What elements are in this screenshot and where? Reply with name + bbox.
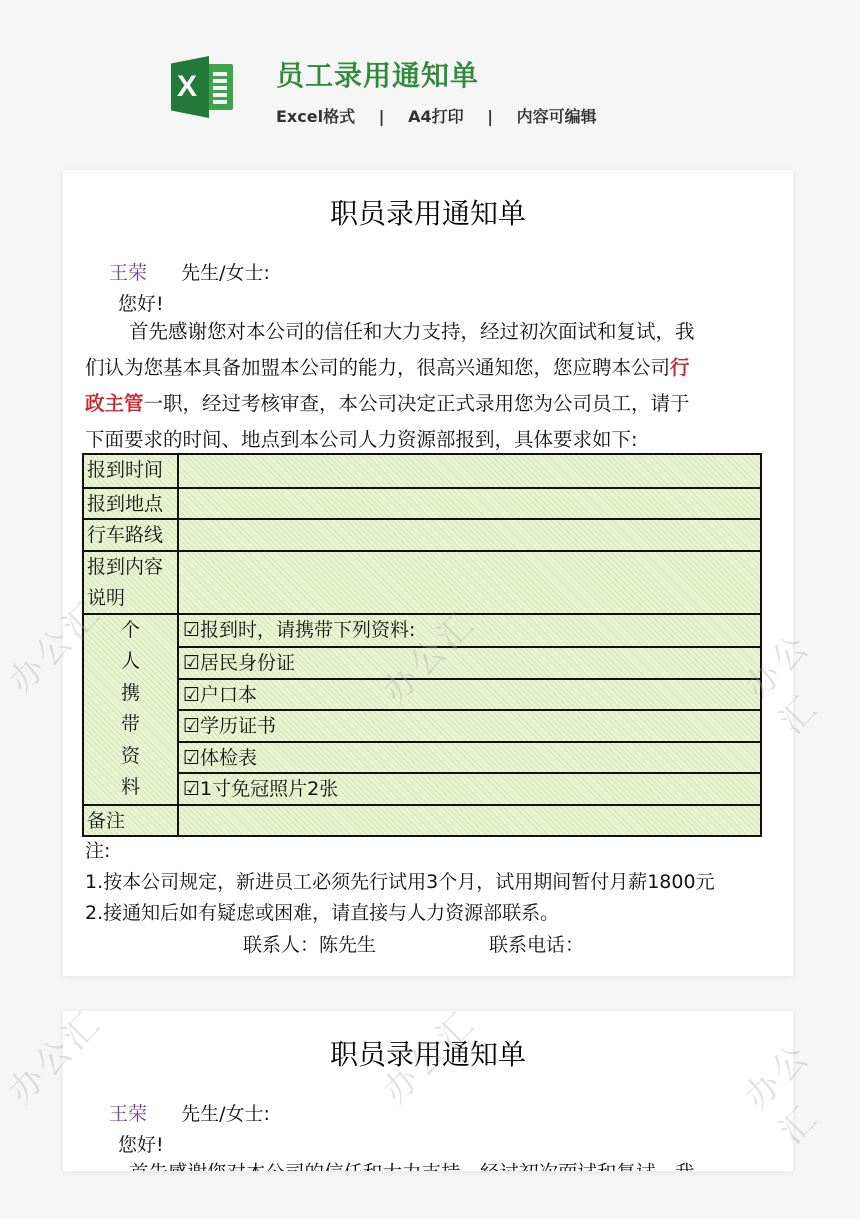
preview-header: X 员工录用通知单 Excel格式 | A4打印 | 内容可编辑 — [0, 0, 860, 150]
document-title: 职员录用通知单 — [63, 1033, 793, 1073]
paragraph-line: 首先感谢您对本公司的信任和大力支持，经过初次面试和复试，我 — [85, 1155, 765, 1171]
checklist-item[interactable]: ☑学历证书 — [179, 709, 760, 741]
template-title: 员工录用通知单 — [276, 54, 479, 94]
checklist-item[interactable]: ☑户口本 — [179, 678, 760, 710]
report-content-cell[interactable] — [179, 552, 760, 613]
table-group-personal-documents: 个 人 携 带 资 料 ☑报到时，请携带下列资料: ☑居民身份证 ☑户口本 ☑学… — [84, 613, 760, 804]
checklist-item[interactable]: ☑居民身份证 — [179, 646, 760, 678]
document-page-2: 职员录用通知单 王荣 先生/女士: 您好! 首先感谢您对本公司的信任和大力支持，… — [63, 1011, 793, 1171]
greeting: 您好! — [118, 289, 164, 316]
salutation: 王荣 先生/女士: — [109, 258, 270, 285]
row-label: 报到地点 — [84, 489, 179, 519]
table-row-report-time: 报到时间 — [84, 455, 760, 487]
notes: 注: 1.按本公司规定，新进员工必须先行试用3个月，试用期间暂付月薪1800元 … — [85, 836, 765, 929]
position-name: 行 — [670, 356, 690, 379]
report-time-cell[interactable] — [179, 455, 760, 487]
excel-icon: X — [171, 56, 235, 118]
template-features: Excel格式 | A4打印 | 内容可编辑 — [276, 104, 597, 127]
report-location-cell[interactable] — [179, 489, 760, 519]
notes-heading: 注: — [85, 836, 765, 867]
document-title: 职员录用通知单 — [63, 192, 793, 232]
document-page-1: 职员录用通知单 王荣 先生/女士: 您好! 首先感谢您对本公司的信任和大力支持，… — [63, 170, 793, 976]
candidate-name: 王荣 — [109, 1103, 147, 1125]
row-label: 行车路线 — [84, 520, 179, 550]
salutation-title: 先生/女士: — [181, 1103, 270, 1125]
row-label: 备注 — [84, 806, 179, 836]
separator: | — [379, 107, 385, 126]
onboarding-table: 报到时间 报到地点 行车路线 报到内容说明 个 人 携 带 资 料 ☑报到 — [82, 453, 762, 837]
group-label: 个 人 携 带 资 料 — [84, 615, 179, 804]
feature-print: A4打印 — [408, 107, 464, 126]
checklist-item[interactable]: ☑体检表 — [179, 741, 760, 773]
feature-editable: 内容可编辑 — [517, 107, 597, 126]
row-label: 报到时间 — [84, 455, 179, 487]
note-item: 2.接通知后如有疑虑或困难，请直接与人力资源部联系。 — [85, 898, 765, 929]
candidate-name: 王荣 — [109, 262, 147, 284]
paragraph-line: 政主管一职，经过考核审查，本公司决定正式录用您为公司员工，请于 — [85, 386, 765, 422]
table-row-report-location: 报到地点 — [84, 487, 760, 519]
feature-format: Excel格式 — [276, 107, 355, 126]
paragraph-line: 们认为您基本具备加盟本公司的能力，很高兴通知您，您应聘本公司行 — [85, 350, 765, 386]
table-row-remark: 备注 — [84, 804, 760, 836]
salutation: 王荣 先生/女士: — [109, 1099, 270, 1126]
body-paragraph: 首先感谢您对本公司的信任和大力支持，经过初次面试和复试，我 们认为您基本具备加盟… — [85, 314, 765, 458]
contact-phone: 联系电话： — [489, 930, 584, 957]
salutation-title: 先生/女士: — [181, 262, 270, 284]
route-cell[interactable] — [179, 520, 760, 550]
checklist-item[interactable]: ☑报到时，请携带下列资料: — [179, 615, 760, 647]
table-row-report-content: 报到内容说明 — [84, 550, 760, 613]
remark-cell[interactable] — [179, 806, 760, 836]
position-name: 政主管 — [85, 392, 144, 415]
row-label: 报到内容说明 — [84, 552, 179, 613]
contact-person: 联系人：陈先生 — [243, 930, 376, 957]
note-item: 1.按本公司规定，新进员工必须先行试用3个月，试用期间暂付月薪1800元 — [85, 867, 765, 898]
body-paragraph: 首先感谢您对本公司的信任和大力支持，经过初次面试和复试，我 — [85, 1155, 765, 1171]
separator: | — [487, 107, 493, 126]
table-row-route: 行车路线 — [84, 518, 760, 550]
checklist-item[interactable]: ☑1寸免冠照片2张 — [179, 772, 760, 804]
paragraph-line: 首先感谢您对本公司的信任和大力支持，经过初次面试和复试，我 — [85, 314, 765, 350]
greeting: 您好! — [118, 1130, 164, 1157]
